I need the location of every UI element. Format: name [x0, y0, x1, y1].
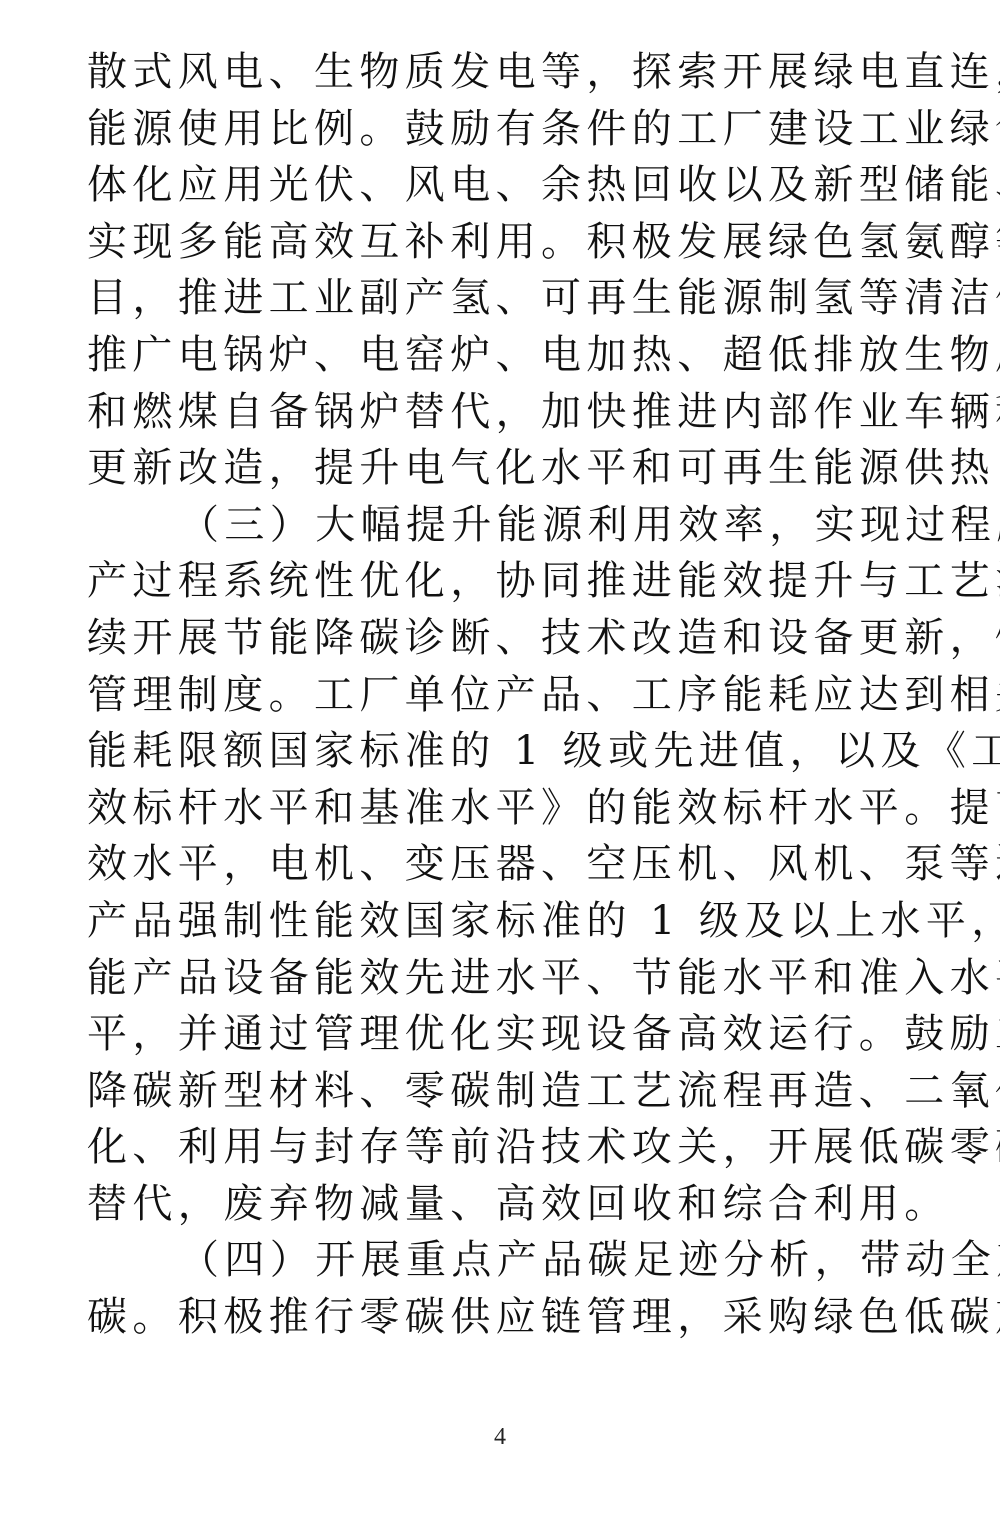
text-line: 散式风电、生物质发电等，探索开展绿电直连，提高可再生 — [87, 44, 913, 101]
text-line: 更新改造，提升电气化水平和可再生能源供热（制冷）比例。 — [87, 440, 913, 497]
paragraph-section-3: （三）大幅提升能源利用效率，实现过程脱碳。聚焦生 产过程系统性优化，协同推进能效… — [87, 497, 917, 1233]
text-line: 目，推进工业副产氢、可再生能源制氢等清洁低碳氢应用。 — [87, 270, 913, 327]
text-line: 替代，废弃物减量、高效回收和综合利用。 — [87, 1176, 913, 1233]
text-line: 平，并通过管理优化实现设备高效运行。鼓励工厂开展节能 — [87, 1006, 913, 1063]
text-line: 能源使用比例。鼓励有条件的工厂建设工业绿色微电网，一 — [87, 101, 913, 158]
text-line: 实现多能高效互补利用。积极发展绿色氢氨醇等一体化项 — [87, 214, 913, 271]
document-page: 散式风电、生物质发电等，探索开展绿电直连，提高可再生 能源使用比例。鼓励有条件的… — [0, 0, 1000, 1519]
page-number: 4 — [0, 1424, 1000, 1451]
paragraph-continued: 散式风电、生物质发电等，探索开展绿电直连，提高可再生 能源使用比例。鼓励有条件的… — [87, 44, 917, 497]
text-line: 化、利用与封存等前沿技术攻关，开展低碳零碳、再生原料 — [87, 1119, 913, 1176]
text-line: 产品强制性能效国家标准的 1 级及以上水平，以及《重点用 — [87, 893, 913, 950]
section-heading-line: （四）开展重点产品碳足迹分析，带动全产业链协同降 — [87, 1232, 913, 1289]
text-line: 管理制度。工厂单位产品、工序能耗应达到相关行业强制性 — [87, 667, 913, 724]
body-text: 散式风电、生物质发电等，探索开展绿电直连，提高可再生 能源使用比例。鼓励有条件的… — [87, 44, 917, 1346]
paragraph-section-4: （四）开展重点产品碳足迹分析，带动全产业链协同降 碳。积极推行零碳供应链管理，采… — [87, 1232, 917, 1345]
text-line: 能产品设备能效先进水平、节能水平和准入水平》的先进水 — [87, 950, 913, 1007]
text-line: 续开展节能降碳诊断、技术改造和设备更新，健全节能降碳 — [87, 610, 913, 667]
text-line: 产过程系统性优化，协同推进能效提升与工艺流程脱碳。持 — [87, 553, 913, 610]
section-heading-line: （三）大幅提升能源利用效率，实现过程脱碳。聚焦生 — [87, 497, 913, 554]
text-line: 推广电锅炉、电窑炉、电加热、超低排放生物质锅炉等技术 — [87, 327, 913, 384]
text-line: 和燃煤自备锅炉替代，加快推进内部作业车辆和机械新能源 — [87, 384, 913, 441]
text-line: 能耗限额国家标准的 1 级或先进值，以及《工业重点领域能 — [87, 723, 913, 780]
text-line: 体化应用光伏、风电、余热回收以及新型储能、高效热泵等， — [87, 157, 913, 214]
text-line: 碳。积极推行零碳供应链管理，采购绿色低碳产品、采用绿 — [87, 1289, 913, 1346]
text-line: 效标杆水平和基准水平》的能效标杆水平。提高通用设备能 — [87, 780, 913, 837]
text-line: 降碳新型材料、零碳制造工艺流程再造、二氧化碳捕集、转 — [87, 1063, 913, 1120]
text-line: 效水平，电机、变压器、空压机、风机、泵等达到相关设备 — [87, 836, 913, 893]
